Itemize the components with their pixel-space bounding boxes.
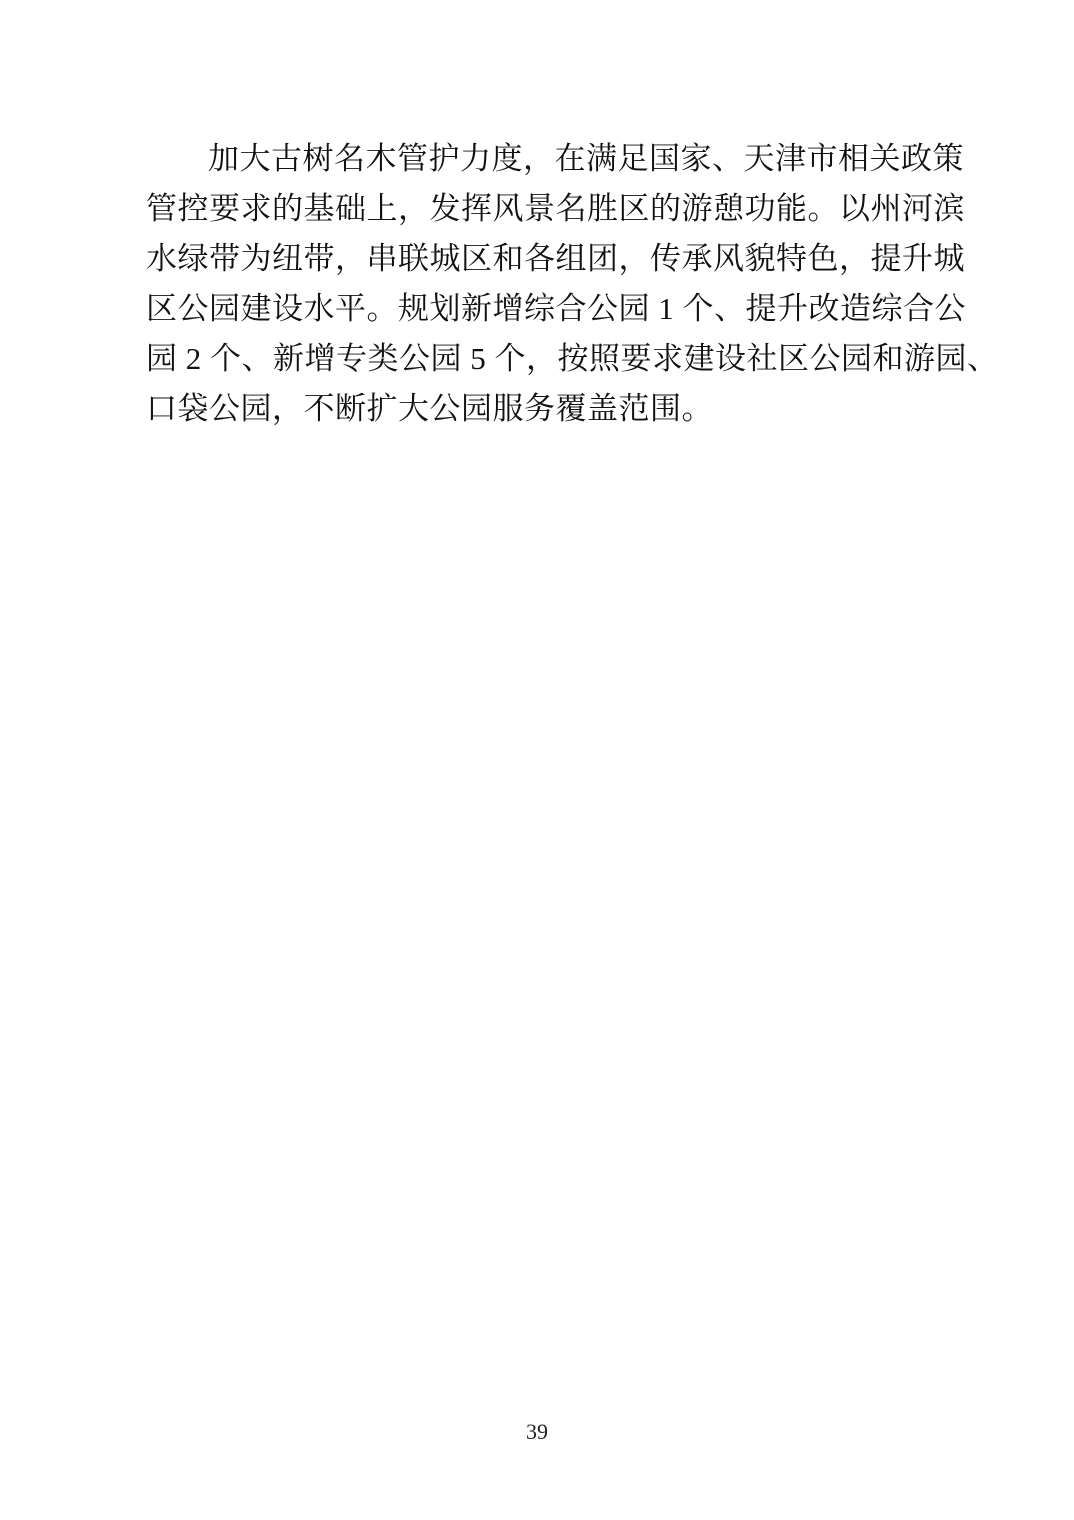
- paragraph-line: 管控要求的基础上，发挥风景名胜区的游憩功能。以州河滨: [146, 184, 933, 234]
- paragraph-line: 区公园建设水平。规划新增综合公园 1 个、提升改造综合公: [146, 284, 933, 334]
- document-page: 加大古树名木管护力度，在满足国家、天津市相关政策 管控要求的基础上，发挥风景名胜…: [0, 0, 1074, 1520]
- body-paragraph: 加大古树名木管护力度，在满足国家、天津市相关政策 管控要求的基础上，发挥风景名胜…: [146, 134, 933, 434]
- paragraph-line: 园 2 个、新增专类公园 5 个，按照要求建设社区公园和游园、: [146, 334, 933, 384]
- page-number: 39: [0, 1418, 1074, 1446]
- paragraph-line: 口袋公园，不断扩大公园服务覆盖范围。: [146, 384, 933, 434]
- paragraph-line: 加大古树名木管护力度，在满足国家、天津市相关政策: [146, 134, 933, 184]
- paragraph-line: 水绿带为纽带，串联城区和各组团，传承风貌特色，提升城: [146, 234, 933, 284]
